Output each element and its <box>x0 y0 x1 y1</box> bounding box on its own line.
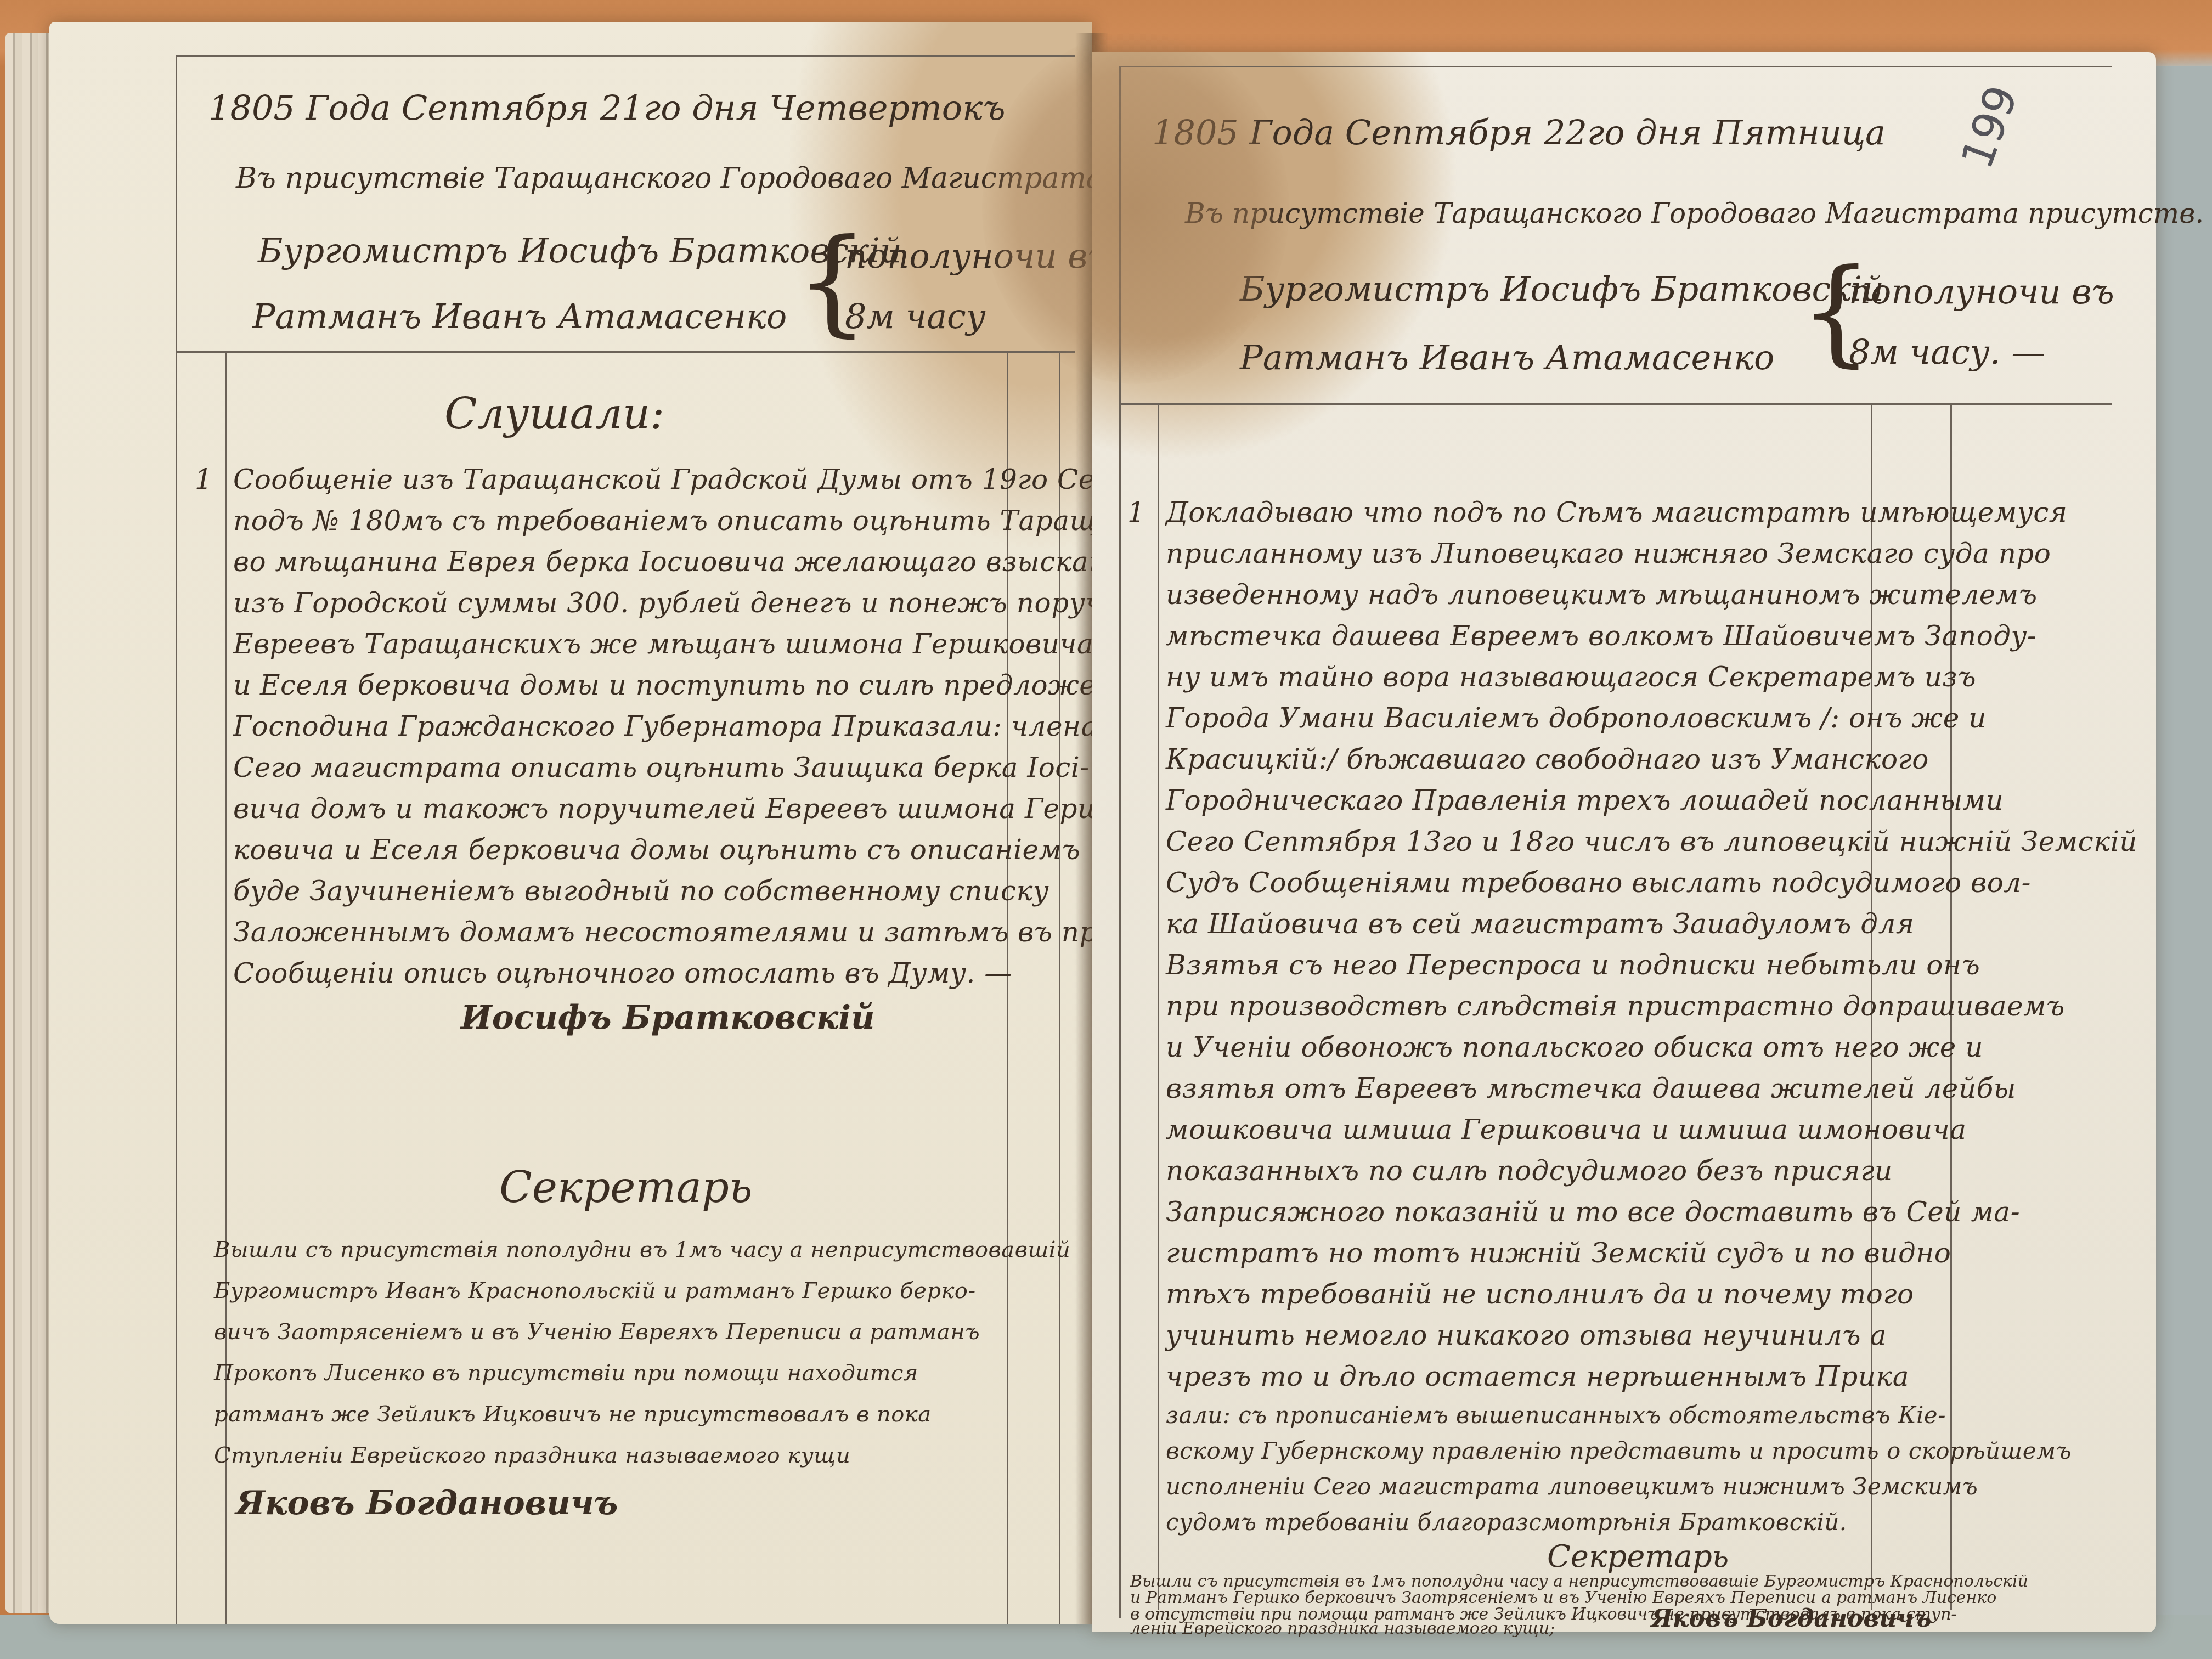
body-line: зали: съ прописаніемъ вышеписанныхъ обст… <box>1166 1402 1946 1429</box>
page-number: 199 <box>1951 79 2028 175</box>
top-rule <box>1119 66 2112 67</box>
closing-line: Ступленіи Еврейского праздника называемо… <box>214 1443 850 1468</box>
body-line: тѣхъ требованій не исполнилъ да и почему… <box>1166 1278 1914 1310</box>
header-divider-rule <box>1119 403 2112 405</box>
body-line: учинить немогло никакого отзыва неучинил… <box>1166 1319 1887 1351</box>
closing-line: Вышли съ присутствія пополудни въ 1мъ ча… <box>214 1237 1070 1262</box>
header-time-2: 8м часу <box>845 296 986 336</box>
header-date: 1805 Года Септября 21го дня Четвертокъ <box>208 88 1006 128</box>
header-time-1: пополуночи въ <box>1849 272 2114 312</box>
closing-line: леніи Еврейского праздника называемого к… <box>1130 1619 1555 1638</box>
left-page: 1805 Года Септября 21го дня Четвертокъ В… <box>49 22 1092 1624</box>
body-line: присланному изъ Липовецкаго нижняго Земс… <box>1166 538 2051 569</box>
book-cover-edge <box>2152 66 2212 1659</box>
number-column-rule <box>225 351 227 1624</box>
body-line: вича домъ и такожъ поручителей Евреевъ ш… <box>233 793 1113 825</box>
header-time-2: 8м часу. — <box>1849 332 2045 372</box>
signature-bratkovsky: Иосифъ Братковскій <box>461 998 875 1037</box>
body-line: во мѣщанина Еврея берка Іосиовича желающ… <box>233 546 1130 578</box>
item-number: 1 <box>1127 496 1145 528</box>
closing-line: вичъ Заотрясеніемъ и въ Ученію Евреяхъ П… <box>214 1319 980 1345</box>
right-margin-rule-2 <box>1059 351 1060 1624</box>
body-line: при производствѣ слѣдствія пристрастно д… <box>1166 990 2065 1022</box>
body-line: Докладываю что подъ по Сѣмъ магистратѣ и… <box>1166 496 2067 528</box>
body-line: исполненіи Сего магистрата липовецкимъ н… <box>1166 1473 1978 1500</box>
body-line: Сего магистрата описать оцѣнить Заищика … <box>233 752 1090 783</box>
body-line: Городническаго Правленія трехъ лошадей п… <box>1166 785 2004 816</box>
header-ratman: Ратманъ Иванъ Атамасенко <box>1240 337 1774 377</box>
body-line: Красицкій:/ бѣжавшаго свободнаго изъ Ума… <box>1166 743 1929 775</box>
closing-line: Бургомистръ Иванъ Краснопольскій и ратма… <box>214 1278 975 1304</box>
left-margin-rule <box>176 55 177 1624</box>
body-line: и Ученіи обвоножъ попальского обиска отъ… <box>1166 1031 1983 1063</box>
body-line: и Еселя берковича домы и поступить по си… <box>233 669 1142 701</box>
body-line: Судъ Сообщеніями требовано выслать подсу… <box>1166 867 2031 899</box>
water-stain <box>982 33 1289 384</box>
header-presence: Въ присутствіе Таращанского Городоваго М… <box>1185 198 2204 229</box>
body-line: Господина Гражданского Губернатора Прика… <box>233 710 1139 742</box>
body-line: Сообщеніи опись оцѣночного отослать въ Д… <box>233 957 1012 989</box>
body-line: подъ № 180мъ съ требованіемъ описать оцѣ… <box>233 505 1191 537</box>
header-ratman: Ратманъ Иванъ Атамасенко <box>252 296 787 336</box>
body-line: взятья отъ Евреевъ мѣстечка дашева жител… <box>1166 1073 2016 1104</box>
body-line: ну имъ тайно вора называющагося Секретар… <box>1166 661 1976 693</box>
item-number: 1 <box>195 464 212 495</box>
body-line: судомъ требованіи благоразсмотрѣнія Брат… <box>1166 1509 1847 1536</box>
body-line: ковича и Еселя берковича домы оцѣнить съ… <box>233 834 1080 866</box>
section-title: Слушали: <box>444 390 664 439</box>
body-line: Заприсяжного показаній и то все доставит… <box>1166 1196 2020 1228</box>
header-burgomaster: Бургомистръ Иосифъ Братковскій <box>1240 269 1884 309</box>
body-line: Города Умани Василіемъ доброполовскимъ /… <box>1166 702 1987 734</box>
header-divider-rule <box>176 351 1075 353</box>
secretary-title: Секретарь <box>499 1163 752 1212</box>
signature-secretary: Яковъ Богдановичъ <box>236 1484 618 1522</box>
body-line: Евреевъ Таращанскихъ же мѣщанъ шимона Ге… <box>233 628 1093 660</box>
body-line: чрезъ то и дѣло остается нерѣшеннымъ При… <box>1166 1361 1909 1392</box>
top-rule <box>176 55 1075 57</box>
body-line: вскому Губернскому правленію представить… <box>1166 1437 2072 1464</box>
body-line: гистратъ но тотъ нижній Земскій судъ и п… <box>1166 1237 1951 1269</box>
body-line: Взятья съ него Переспроса и подписки неб… <box>1166 949 1980 981</box>
number-column-rule <box>1158 403 1159 1610</box>
body-line: буде Заучиненіемъ выгодный по собственно… <box>233 875 1049 907</box>
body-line: изведенному надъ липовецкимъ мѣщаниномъ … <box>1166 579 2038 611</box>
secretary-title: Секретарь <box>1547 1539 1729 1575</box>
body-line: мѣстечка дашева Евреемъ волкомъ Шайовиче… <box>1166 620 2036 652</box>
body-line: мошковича шмиша Гершковича и шмиша шмоно… <box>1166 1114 1967 1145</box>
closing-line: Прокопъ Лисенко въ присутствіи при помощ… <box>214 1361 918 1386</box>
body-line: показанныхъ по силѣ подсудимого безъ при… <box>1166 1155 1893 1187</box>
body-line: ка Шайовича въ сей магистратъ Заиадуломъ… <box>1166 908 1914 940</box>
body-line: Заложеннымъ домамъ несостоятелями и затѣ… <box>233 916 1115 948</box>
signature-secretary: Яковъ Богдановичъ <box>1651 1605 1932 1633</box>
closing-line: ратманъ же Зейликъ Ицковичъ не присутств… <box>214 1402 932 1427</box>
body-line: Сего Септября 13го и 18го числъ въ липов… <box>1166 826 2137 857</box>
